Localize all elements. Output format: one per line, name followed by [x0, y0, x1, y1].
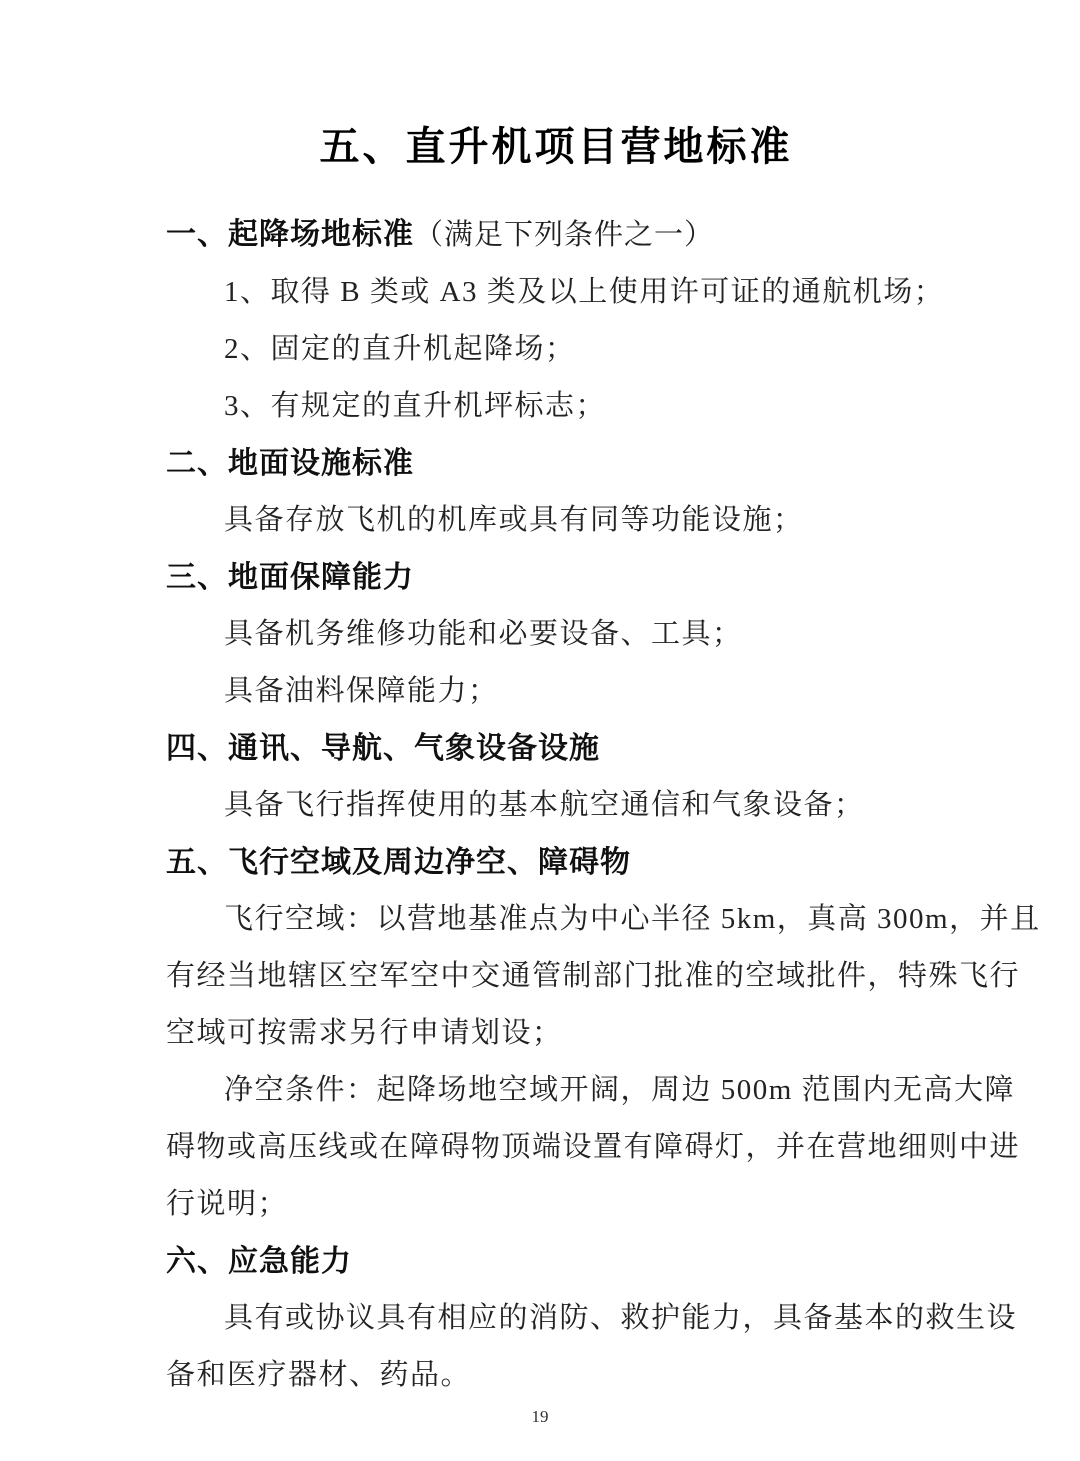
- section-3-item-1: 具备机务维修功能和必要设备、工具；: [166, 606, 976, 663]
- section-5-heading: 五、飞行空域及周边净空、障碍物: [166, 834, 976, 891]
- page-title: 五、直升机项目营地标准: [136, 116, 976, 178]
- section-1-item-2: 2、固定的直升机起降场；: [166, 321, 976, 378]
- page-number: 19: [0, 1407, 1080, 1427]
- section-5-paragraph-2-line-2: 碍物或高压线或在障碍物顶端设置有障碍灯，并在营地细则中进: [166, 1119, 976, 1176]
- section-5-paragraph-2-line-1: 净空条件：起降场地空域开阔，周边 500m 范围内无高大障: [166, 1062, 976, 1119]
- section-1-item-1: 1、取得 B 类或 A3 类及以上使用许可证的通航机场；: [166, 264, 976, 321]
- section-4-item-1: 具备飞行指挥使用的基本航空通信和气象设备；: [166, 777, 976, 834]
- section-5-paragraph-1-line-2: 有经当地辖区空军空中交通管制部门批准的空域批件，特殊飞行: [166, 948, 976, 1005]
- section-6-paragraph-1-line-1: 具有或协议具有相应的消防、救护能力，具备基本的救生设: [166, 1290, 976, 1347]
- section-5-paragraph-2-line-3: 行说明；: [166, 1176, 976, 1233]
- section-1-heading-text: 一、起降场地标准: [166, 218, 414, 251]
- section-1-heading-note: （满足下列条件之一）: [414, 219, 714, 251]
- section-5-paragraph-1-line-3: 空域可按需求另行申请划设；: [166, 1005, 976, 1062]
- section-6-paragraph-1-line-2: 备和医疗器材、药品。: [166, 1347, 976, 1404]
- section-2-heading: 二、地面设施标准: [166, 435, 976, 492]
- section-6-heading: 六、应急能力: [166, 1233, 976, 1290]
- section-3-item-2: 具备油料保障能力；: [166, 663, 976, 720]
- section-1-heading: 一、起降场地标准（满足下列条件之一）: [166, 206, 976, 264]
- section-3-heading: 三、地面保障能力: [166, 549, 976, 606]
- section-4-heading: 四、通讯、导航、气象设备设施: [166, 720, 976, 777]
- section-2-item-1: 具备存放飞机的机库或具有同等功能设施；: [166, 492, 976, 549]
- section-1-item-3: 3、有规定的直升机坪标志；: [166, 378, 976, 435]
- document-page: 五、直升机项目营地标准 一、起降场地标准（满足下列条件之一） 1、取得 B 类或…: [0, 0, 1080, 1461]
- section-5-paragraph-1-line-1: 飞行空域：以营地基准点为中心半径 5km，真高 300m，并且: [166, 891, 976, 948]
